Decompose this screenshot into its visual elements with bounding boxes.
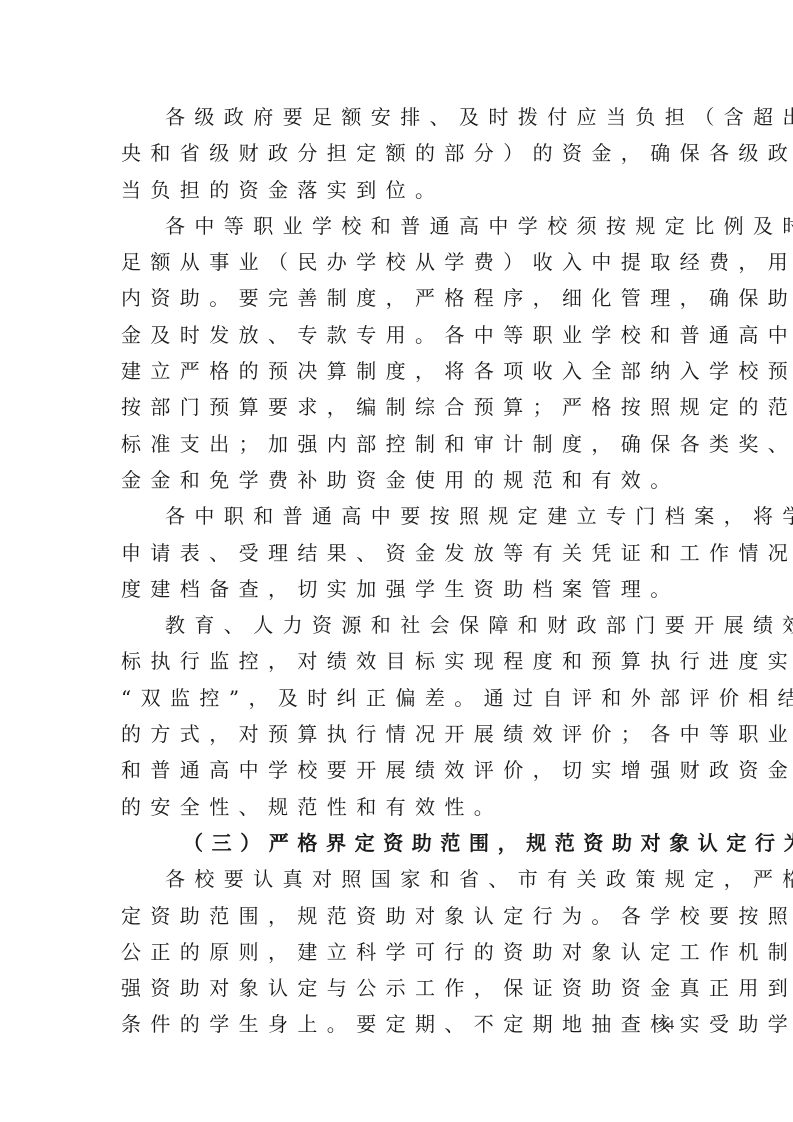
text-line: 按部门预算要求，编制综合预算；严格按照规定的范围与 — [121, 389, 661, 425]
document-body: 各级政府要足额安排、及时拨付应当负担（含超出中 央和省级财政分担定额的部分）的资… — [121, 99, 661, 1043]
text-line: 和普通高中学校要开展绩效评价，切实增强财政资金使用 — [121, 752, 661, 788]
text-line: 的方式，对预算执行情况开展绩效评价；各中等职业学校 — [121, 716, 661, 752]
text-line: “双监控”，及时纠正偏差。通过自评和外部评价相结合 — [121, 680, 661, 716]
text-line: 标准支出；加强内部控制和审计制度，确保各类奖、助学 — [121, 426, 661, 462]
paragraph-eligibility: 各校要认真对照国家和省、市有关政策规定，严格界 定资助范围，规范资助对象认定行为… — [121, 861, 661, 1042]
text-line: 教育、人力资源和社会保障和财政部门要开展绩效目 — [121, 607, 661, 643]
paragraph-archives: 各中职和普通高中要按照规定建立专门档案，将学生 申请表、受理结果、资金发放等有关… — [121, 498, 661, 607]
text-line: 各校要认真对照国家和省、市有关政策规定，严格界 — [121, 861, 661, 897]
text-line: 各中等职业学校和普通高中学校须按规定比例及时、 — [121, 208, 661, 244]
paragraph-school-funding: 各中等职业学校和普通高中学校须按规定比例及时、 足额从事业（民办学校从学费）收入… — [121, 208, 661, 498]
text-line: 建立严格的预决算制度，将各项收入全部纳入学校预算， — [121, 353, 661, 389]
text-line: 当负担的资金落实到位。 — [121, 172, 661, 208]
text-line: 内资助。要完善制度，严格程序，细化管理，确保助学资 — [121, 280, 661, 316]
text-line: 定资助范围，规范资助对象认定行为。各学校要按照公平、 — [121, 898, 661, 934]
page-number: 14 — [660, 1018, 674, 1034]
section-heading: （三）严格界定资助范围，规范资助对象认定行为 — [121, 825, 661, 861]
text-line: 金金和免学费补助资金使用的规范和有效。 — [121, 462, 661, 498]
paragraph-funding-obligation: 各级政府要足额安排、及时拨付应当负担（含超出中 央和省级财政分担定额的部分）的资… — [121, 99, 661, 208]
text-line: 足额从事业（民办学校从学费）收入中提取经费，用于校 — [121, 244, 661, 280]
text-line: 条件的学生身上。要定期、不定期地抽查核实受助学生名 — [121, 1006, 661, 1042]
text-line: 的安全性、规范性和有效性。 — [121, 789, 661, 825]
text-line: 公正的原则，建立科学可行的资助对象认定工作机制，加 — [121, 934, 661, 970]
text-line: 金及时发放、专款专用。各中等职业学校和普通高中必须 — [121, 317, 661, 353]
text-line: 强资助对象认定与公示工作，保证资助资金真正用到符合 — [121, 970, 661, 1006]
paragraph-performance-monitoring: 教育、人力资源和社会保障和财政部门要开展绩效目 标执行监控，对绩效目标实现程度和… — [121, 607, 661, 825]
text-line: 各中职和普通高中要按照规定建立专门档案，将学生 — [121, 498, 661, 534]
text-line: 央和省级财政分担定额的部分）的资金，确保各级政府应 — [121, 135, 661, 171]
text-line: 度建档备查，切实加强学生资助档案管理。 — [121, 571, 661, 607]
text-line: 申请表、受理结果、资金发放等有关凭证和工作情况分年 — [121, 535, 661, 571]
text-line: 标执行监控，对绩效目标实现程度和预算执行进度实行 — [121, 643, 661, 679]
text-line: 各级政府要足额安排、及时拨付应当负担（含超出中 — [121, 99, 661, 135]
